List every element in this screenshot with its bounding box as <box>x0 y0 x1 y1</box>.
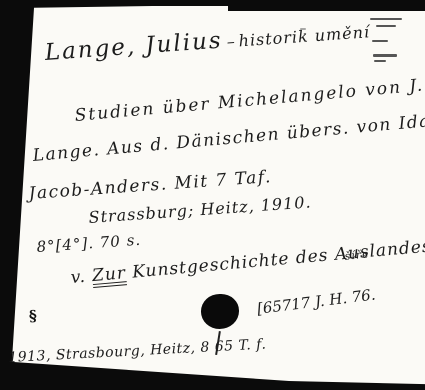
series-underlined-word: Zur <box>91 263 127 286</box>
scan-smudge <box>374 60 386 62</box>
heading-dash: – <box>222 31 239 51</box>
scan-smudge <box>376 25 396 27</box>
scanned-catalog-card: Lange, Julius–historik umění Studien übe… <box>0 0 425 390</box>
scan-smudge <box>372 40 388 42</box>
series-prefix: v. <box>70 267 87 288</box>
ink-blot <box>201 294 239 329</box>
scan-smudge <box>373 54 397 57</box>
library-stamp-mark: § <box>29 307 37 325</box>
scan-smudge <box>370 18 402 20</box>
scan-edge-top-right <box>228 0 425 11</box>
superscript-note: šíře <box>344 247 370 263</box>
